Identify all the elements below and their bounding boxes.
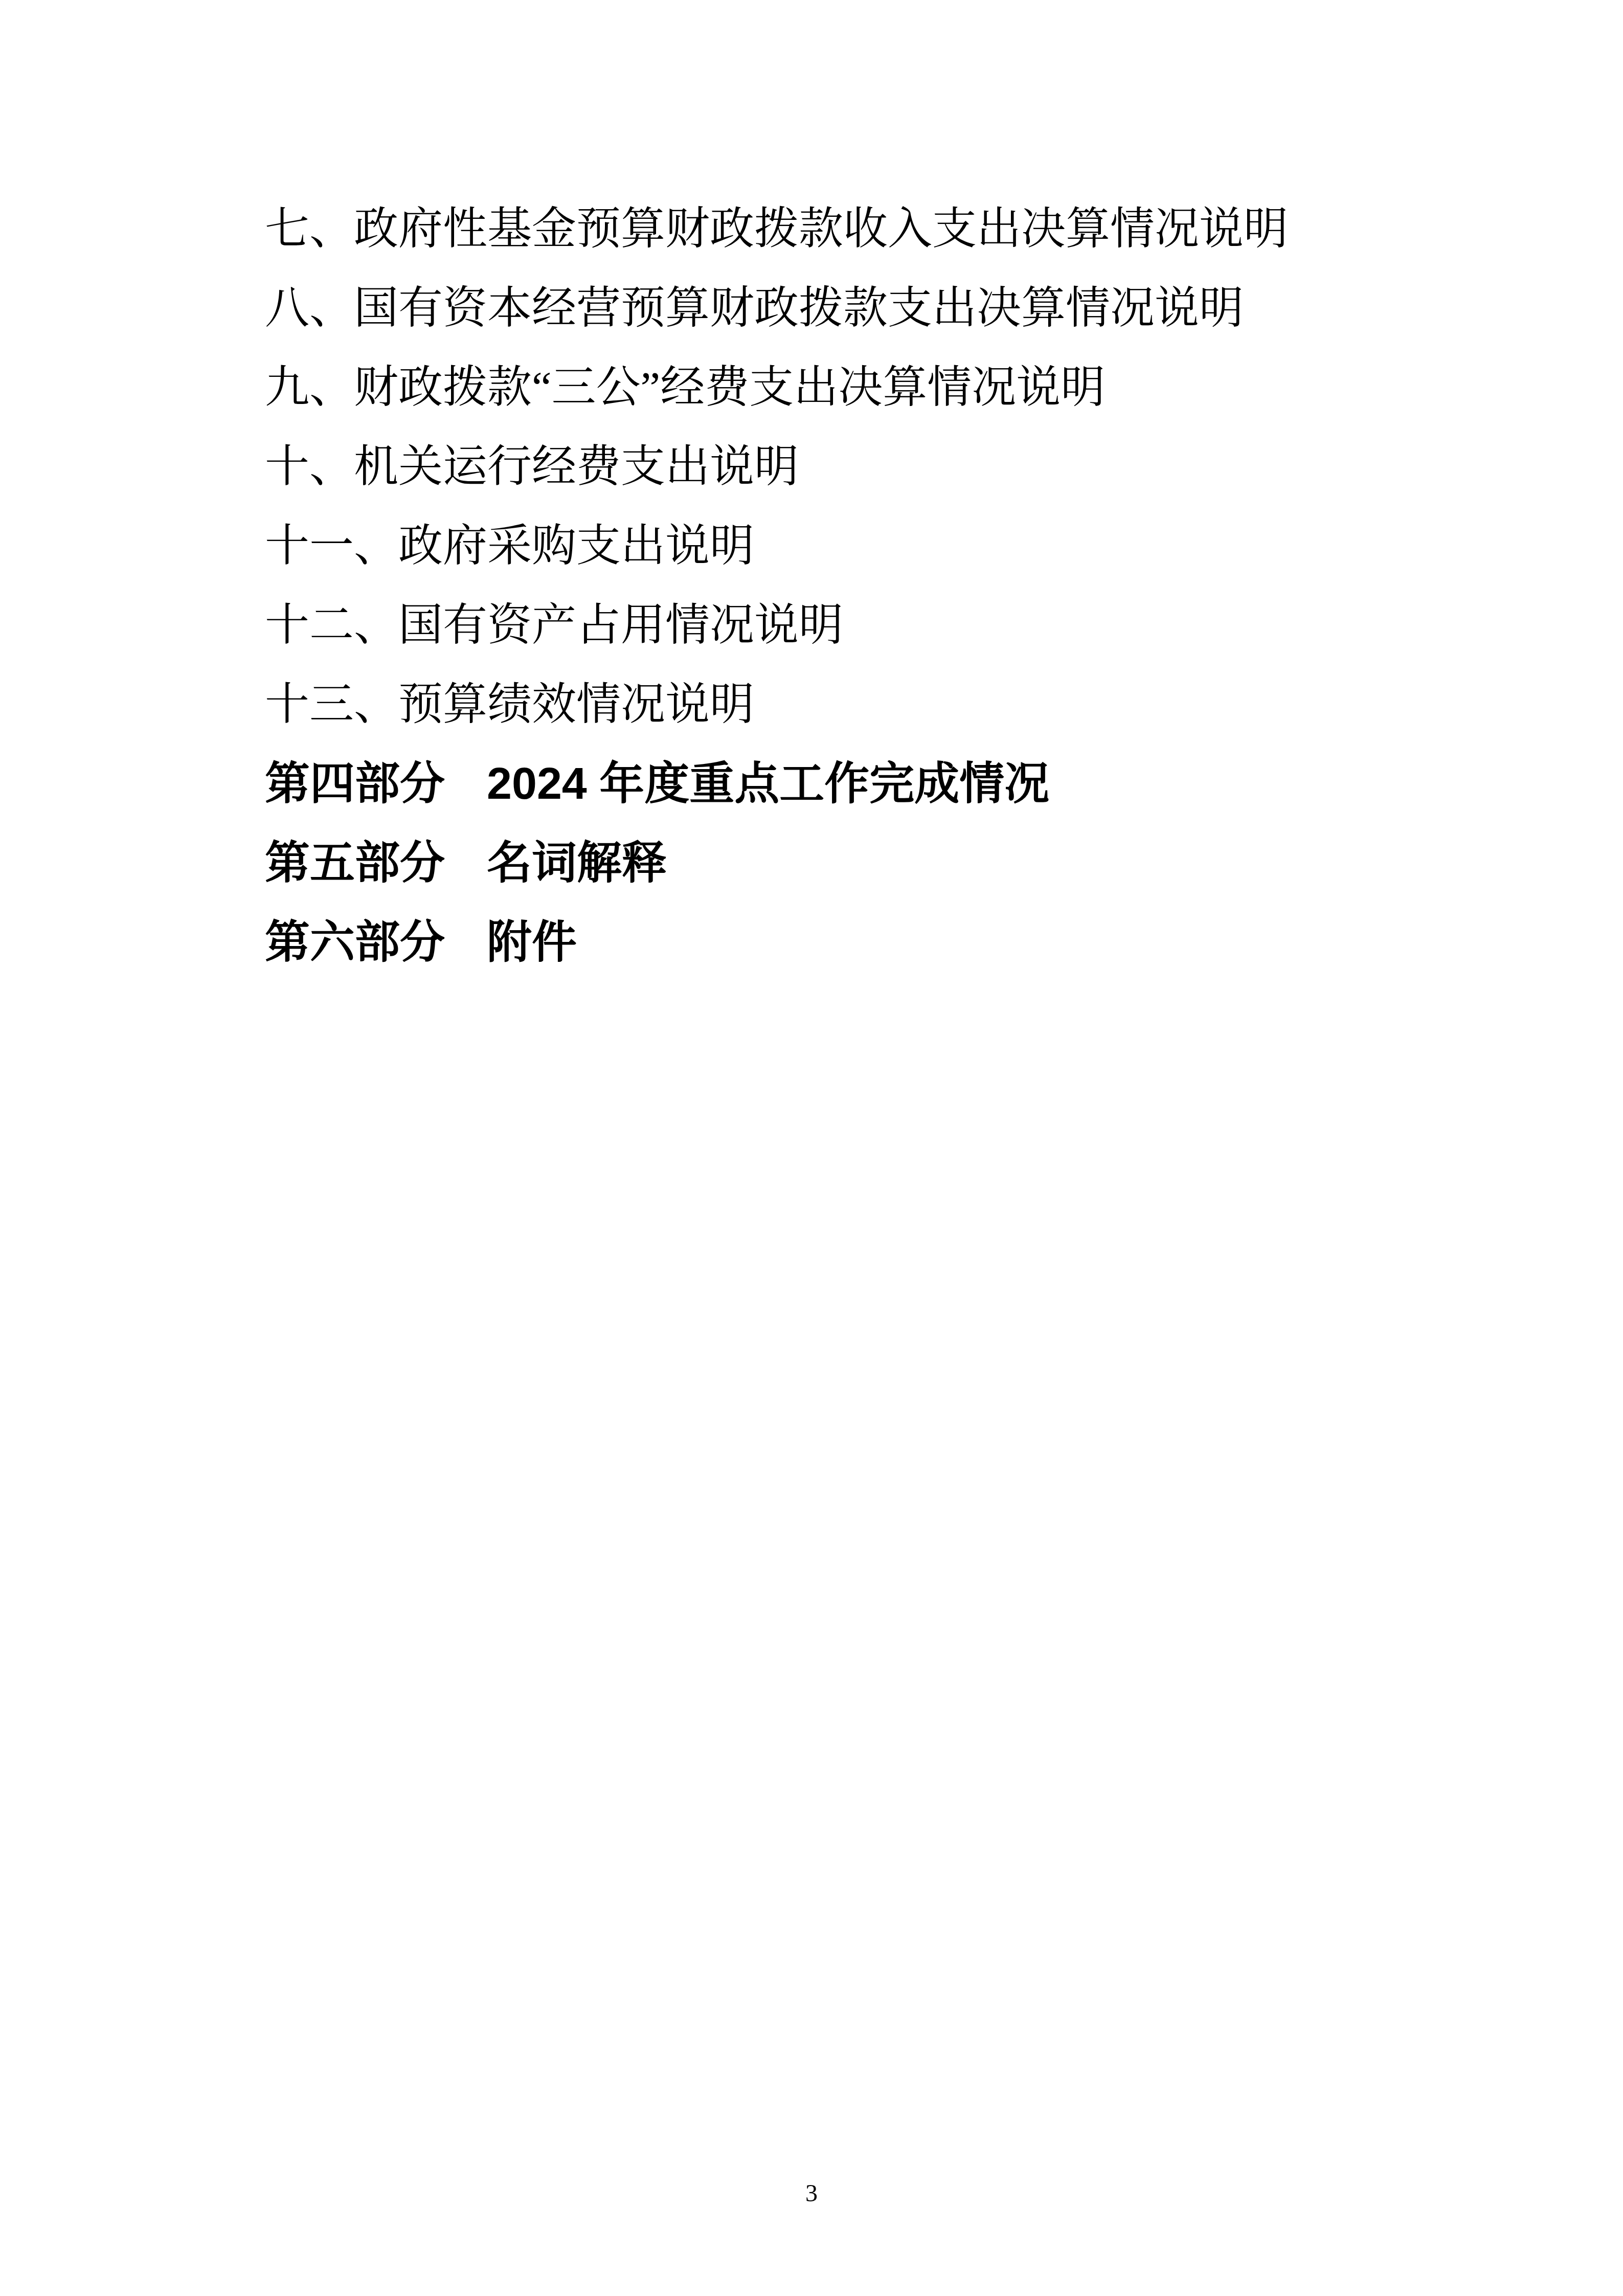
section-heading: 第六部分 附件 — [265, 898, 1511, 978]
toc-item: 十、机关运行经费支出说明 — [265, 423, 1511, 502]
section-label: 第五部分 — [265, 827, 445, 891]
toc-item: 八、国有资本经营预算财政拨款支出决算情况说明 — [265, 264, 1511, 344]
table-of-contents: 七、政府性基金预算财政拨款收入支出决算情况说明 八、国有资本经营预算财政拨款支出… — [265, 185, 1511, 978]
page-number: 3 — [0, 2179, 1623, 2208]
section-heading: 第五部分 名词解释 — [265, 819, 1511, 898]
section-label: 第六部分 — [265, 906, 445, 971]
toc-item: 七、政府性基金预算财政拨款收入支出决算情况说明 — [265, 185, 1511, 264]
section-heading: 第四部分 2024 年度重点工作完成情况 — [265, 740, 1511, 819]
document-page: 七、政府性基金预算财政拨款收入支出决算情况说明 八、国有资本经营预算财政拨款支出… — [0, 0, 1623, 2296]
section-title: 附件 — [487, 906, 577, 971]
toc-item: 九、财政拨款“三公”经费支出决算情况说明 — [265, 344, 1511, 423]
section-label: 第四部分 — [265, 748, 445, 812]
section-title: 2024 年度重点工作完成情况 — [487, 748, 1049, 812]
toc-item: 十一、政府采购支出说明 — [265, 502, 1511, 581]
section-title: 名词解释 — [487, 827, 667, 891]
toc-item: 十二、国有资产占用情况说明 — [265, 581, 1511, 661]
toc-item: 十三、预算绩效情况说明 — [265, 661, 1511, 740]
